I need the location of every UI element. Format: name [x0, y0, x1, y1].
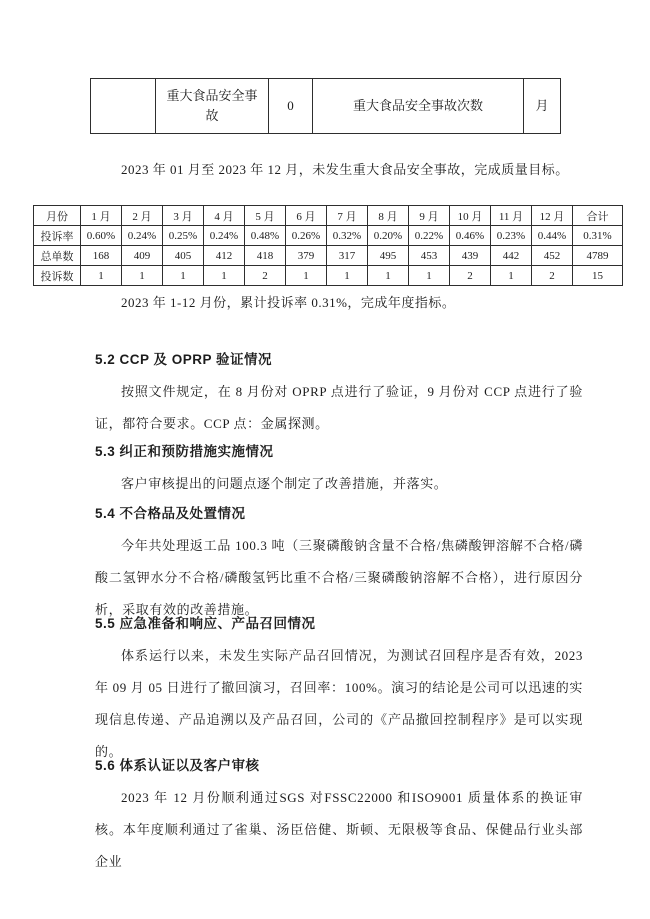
document-page: 重大食品安全事故 0 重大食品安全事故次数 月 2023 年 01 月至 202…: [0, 0, 650, 919]
table-cell: 0.24%: [204, 226, 245, 246]
kpi-cell-frequency: 月: [524, 79, 561, 134]
table-cell: 合计: [573, 206, 623, 226]
table-cell: 495: [368, 246, 409, 266]
table-cell: 0.23%: [491, 226, 532, 246]
table-cell: 1: [122, 266, 163, 286]
kpi-table: 重大食品安全事故 0 重大食品安全事故次数 月: [90, 78, 561, 134]
table-cell: 6 月: [286, 206, 327, 226]
paragraph-food-safety-summary: 2023 年 01 月至 2023 年 12 月，未发生重大食品安全事故，完成质…: [95, 157, 583, 183]
kpi-cell-target-value: 0: [269, 79, 313, 134]
table-cell: 8 月: [368, 206, 409, 226]
table-cell: 317: [327, 246, 368, 266]
table-cell: 3 月: [163, 206, 204, 226]
table-cell: 1: [204, 266, 245, 286]
table-cell: 月份: [34, 206, 81, 226]
table-cell: 2: [245, 266, 286, 286]
table-cell: 0.20%: [368, 226, 409, 246]
table-cell: 2: [532, 266, 573, 286]
table-cell: 452: [532, 246, 573, 266]
kpi-table-row: 重大食品安全事故 0 重大食品安全事故次数 月: [91, 79, 561, 134]
table-cell: 0.24%: [122, 226, 163, 246]
section-body: 客户审核提出的问题点逐个制定了改善措施，并落实。: [95, 468, 583, 500]
table-cell: 投诉数: [34, 266, 81, 286]
table-cell: 0.44%: [532, 226, 573, 246]
kpi-cell-metric: 重大食品安全事故次数: [313, 79, 524, 134]
table-row: 月份1 月2 月3 月4 月5 月6 月7 月8 月9 月10 月11 月12 …: [34, 206, 623, 226]
section-heading: 5.5 应急准备和响应、产品召回情况: [95, 608, 583, 640]
table-cell: 1: [409, 266, 450, 286]
section-heading: 5.4 不合格品及处置情况: [95, 498, 583, 530]
section-emergency-recall: 5.5 应急准备和响应、产品召回情况 体系运行以来，未发生实际产品召回情况，为测…: [95, 608, 583, 768]
table-cell: 11 月: [491, 206, 532, 226]
table-cell: 0.48%: [245, 226, 286, 246]
table-row: 总单数1684094054124183793174954534394424524…: [34, 246, 623, 266]
section-body: 2023 年 12 月份顺利通过SGS 对FSSC22000 和ISO9001 …: [95, 782, 583, 878]
table-cell: 9 月: [409, 206, 450, 226]
table-cell: 12 月: [532, 206, 573, 226]
table-cell: 7 月: [327, 206, 368, 226]
complaint-statistics-table: 月份1 月2 月3 月4 月5 月6 月7 月8 月9 月10 月11 月12 …: [33, 205, 623, 286]
table-cell: 442: [491, 246, 532, 266]
table-cell: 409: [122, 246, 163, 266]
table-cell: 405: [163, 246, 204, 266]
table-cell: 2: [450, 266, 491, 286]
paragraph-complaint-rate-summary: 2023 年 1-12 月份，累计投诉率 0.31%，完成年度指标。: [95, 290, 583, 316]
section-heading: 5.2 CCP 及 OPRP 验证情况: [95, 344, 583, 376]
table-cell: 15: [573, 266, 623, 286]
section-nonconforming-products: 5.4 不合格品及处置情况 今年共处理返工品 100.3 吨（三聚磷酸钠含量不合…: [95, 498, 583, 626]
table-cell: 1: [163, 266, 204, 286]
table-cell: 379: [286, 246, 327, 266]
table-row: 投诉数11112111121215: [34, 266, 623, 286]
table-cell: 0.31%: [573, 226, 623, 246]
table-cell: 1 月: [81, 206, 122, 226]
section-corrective-preventive-actions: 5.3 纠正和预防措施实施情况 客户审核提出的问题点逐个制定了改善措施，并落实。: [95, 436, 583, 500]
table-cell: 1: [81, 266, 122, 286]
section-heading: 5.3 纠正和预防措施实施情况: [95, 436, 583, 468]
table-row: 投诉率0.60%0.24%0.25%0.24%0.48%0.26%0.32%0.…: [34, 226, 623, 246]
table-cell: 453: [409, 246, 450, 266]
kpi-cell-indicator: 重大食品安全事故: [156, 79, 269, 134]
table-cell: 4 月: [204, 206, 245, 226]
section-heading: 5.6 体系认证以及客户审核: [95, 750, 583, 782]
table-cell: 0.26%: [286, 226, 327, 246]
table-cell: 5 月: [245, 206, 286, 226]
table-cell: 4789: [573, 246, 623, 266]
table-cell: 412: [204, 246, 245, 266]
section-ccp-oprp-verification: 5.2 CCP 及 OPRP 验证情况 按照文件规定，在 8 月份对 OPRP …: [95, 344, 583, 440]
table-cell: 总单数: [34, 246, 81, 266]
table-cell: 439: [450, 246, 491, 266]
table-cell: 1: [491, 266, 532, 286]
table-cell: 1: [327, 266, 368, 286]
table-cell: 0.60%: [81, 226, 122, 246]
table-cell: 0.25%: [163, 226, 204, 246]
table-cell: 1: [368, 266, 409, 286]
table-cell: 投诉率: [34, 226, 81, 246]
table-cell: 0.22%: [409, 226, 450, 246]
kpi-cell-empty: [91, 79, 156, 134]
table-cell: 1: [286, 266, 327, 286]
table-cell: 0.46%: [450, 226, 491, 246]
section-body: 体系运行以来，未发生实际产品召回情况，为测试召回程序是否有效，2023 年 09…: [95, 640, 583, 768]
section-body: 按照文件规定，在 8 月份对 OPRP 点进行了验证，9 月份对 CCP 点进行…: [95, 376, 583, 440]
table-cell: 168: [81, 246, 122, 266]
section-certification-customer-audit: 5.6 体系认证以及客户审核 2023 年 12 月份顺利通过SGS 对FSSC…: [95, 750, 583, 878]
table-cell: 418: [245, 246, 286, 266]
table-cell: 2 月: [122, 206, 163, 226]
table-cell: 0.32%: [327, 226, 368, 246]
table-cell: 10 月: [450, 206, 491, 226]
